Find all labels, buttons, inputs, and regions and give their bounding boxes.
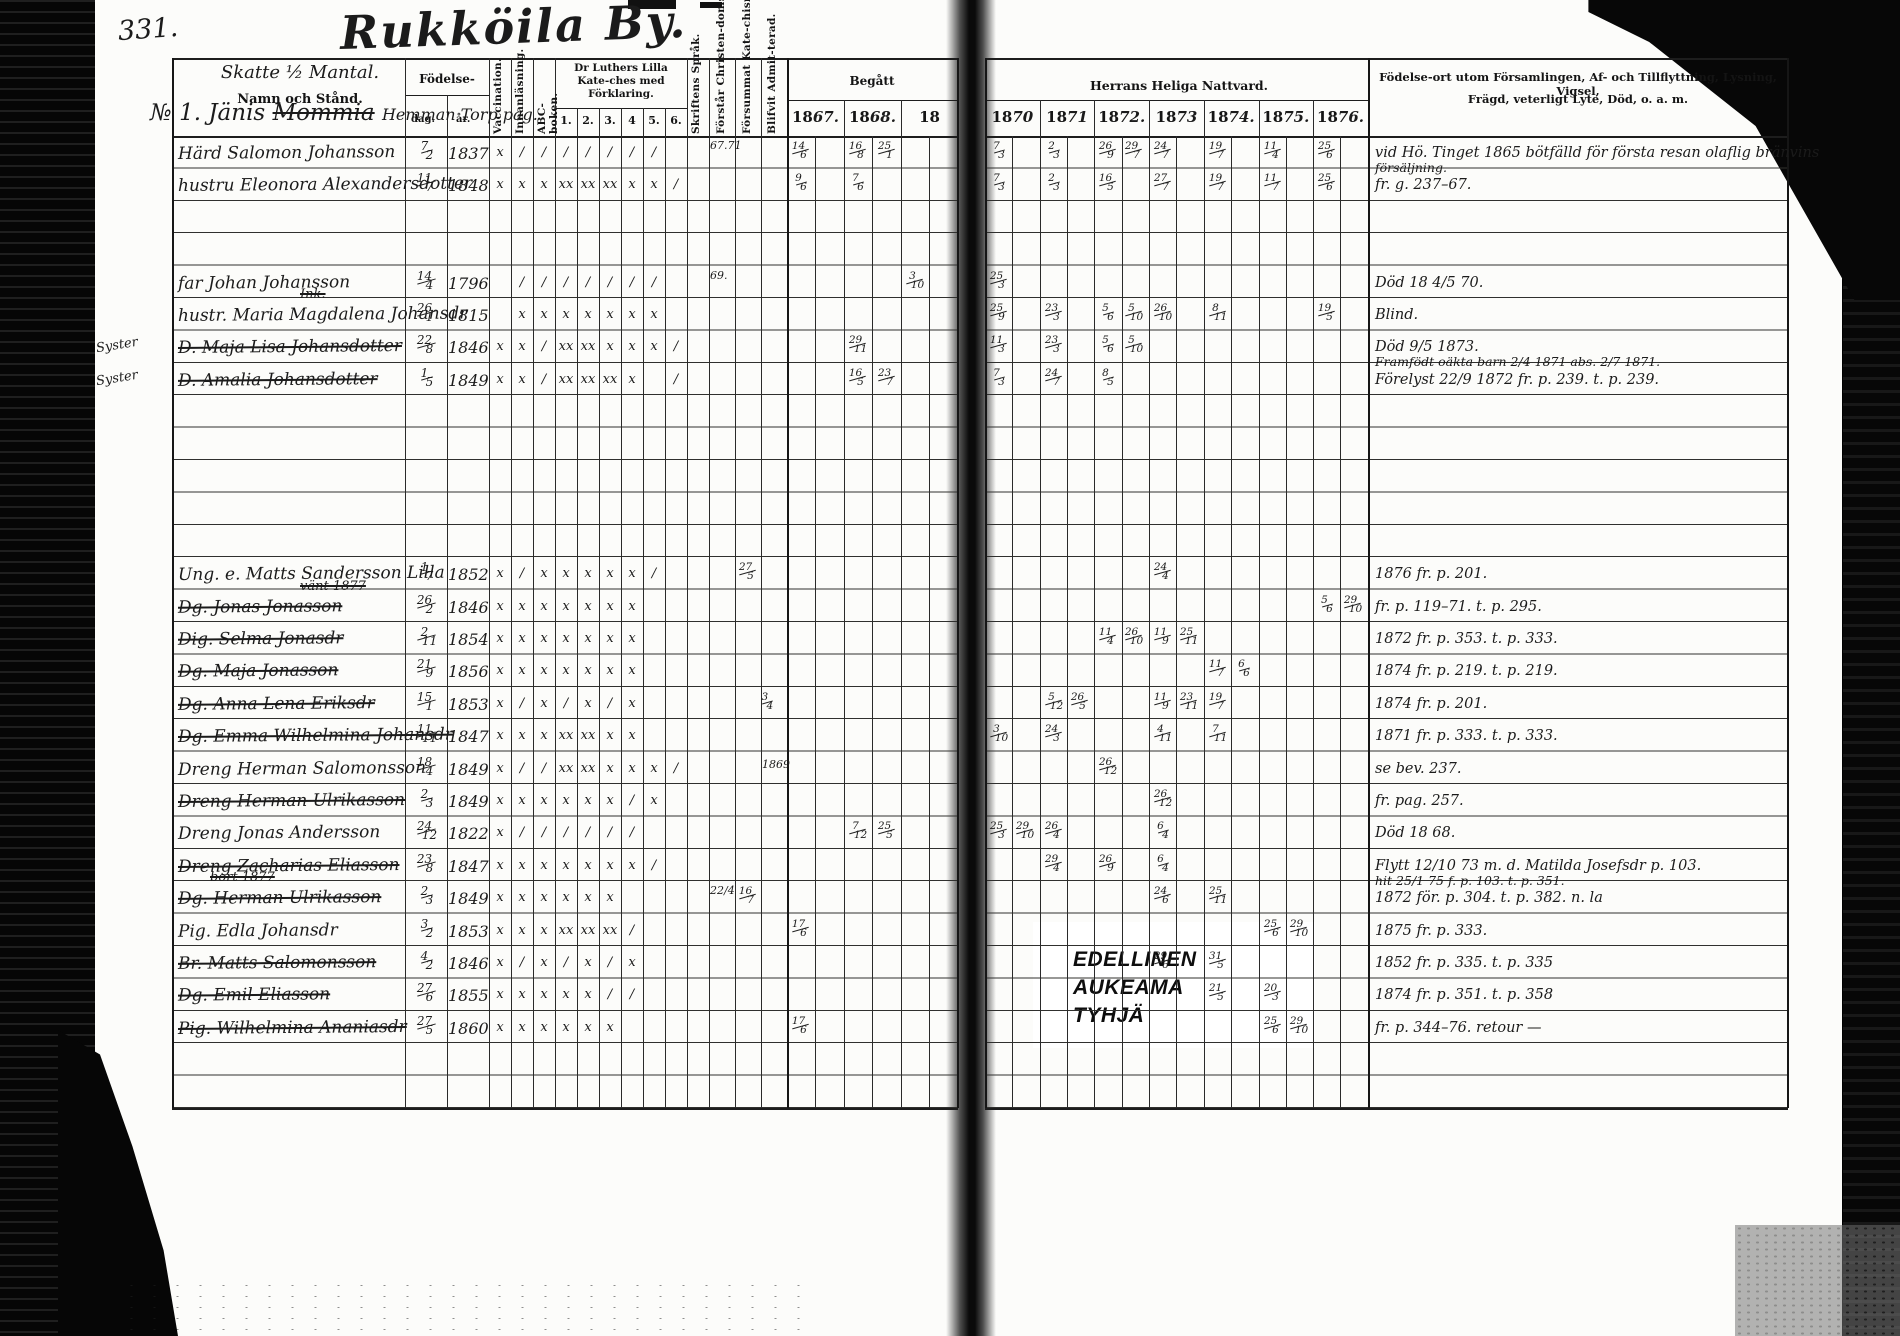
table-line-v [1176, 136, 1177, 1108]
row-forsummat-note: 167 [736, 887, 760, 907]
row-communion-date: 73 [987, 369, 1011, 389]
row-mark: x [533, 696, 555, 711]
row-communion-date: 176 [789, 920, 813, 940]
row-communion-date: 237 [875, 369, 899, 389]
row-mark: / [599, 145, 621, 160]
row-mark: x [533, 566, 555, 581]
table-row-name: hustr. Maria Magdalena Johansdr [178, 304, 404, 326]
row-mark: x [533, 987, 555, 1002]
row-note: Död 18 68. [1375, 825, 1455, 841]
table-line-v [1094, 100, 1095, 1108]
table-line-v [929, 136, 930, 1108]
row-communion-date: 711 [1206, 725, 1230, 745]
table-line-v [872, 136, 873, 1108]
katekes-sub-5: 6. [665, 114, 687, 127]
row-birth-day: 15 [412, 369, 442, 390]
row-birth-day: 151 [412, 693, 442, 714]
row-communion-date: 294 [1042, 855, 1066, 875]
row-mark: x [621, 307, 643, 322]
household-line: № 1. Jänis Mommia Hemman Torp pag. [150, 100, 538, 126]
row-communion-date: 244 [1151, 563, 1175, 583]
scan-bottom-right-noise [1735, 1225, 1900, 1336]
row-birth-day: 2412 [412, 822, 442, 843]
row-communion-date: 146 [789, 142, 813, 162]
row-communion-date: 114 [1096, 628, 1120, 648]
row-communion-date: 256 [1261, 1017, 1285, 1037]
row-birth-year: 1849 [448, 792, 489, 811]
header-katekes: Dr Luthers Lilla Kate-ches med Förklarin… [557, 62, 685, 101]
katekes-sub-0: 1. [555, 114, 577, 127]
row-birth-day: 219 [412, 660, 442, 681]
row-mark: / [533, 761, 555, 776]
table-line-v [1259, 100, 1260, 1108]
row-birth-day: 276 [412, 984, 442, 1005]
row-communion-date: 56 [1315, 596, 1339, 616]
row-mark: x [577, 566, 599, 581]
row-mark: x [621, 761, 643, 776]
row-communion-date: 256 [1315, 142, 1339, 162]
row-communion-date: 119 [1151, 693, 1175, 713]
row-forstar-note: 67.71 [710, 139, 742, 152]
row-communion-date: 269 [1096, 142, 1120, 162]
row-communion-date: 197 [1206, 174, 1230, 194]
table-row-name: Dreng Herman Salomonsson [178, 758, 404, 780]
row-mark: x [511, 631, 533, 646]
row-mark: / [577, 275, 599, 290]
row-mark: x [555, 793, 577, 808]
table-row-name: Pig. Edla Johansdr [178, 920, 338, 941]
row-mark: x [555, 599, 577, 614]
row-mark: x [489, 987, 511, 1002]
year-left-0: 1867. [787, 108, 844, 126]
year-right-6: 1876. [1313, 108, 1368, 126]
row-birth-day: 117 [412, 174, 442, 195]
row-communion-date: 119 [1151, 628, 1175, 648]
row-communion-date: 2910 [1013, 822, 1037, 842]
row-mark: x [643, 307, 665, 322]
row-note: fr. g. 237–67. [1375, 177, 1471, 193]
row-forsummat-note: 275 [736, 563, 760, 583]
row-birth-year: 1848 [448, 176, 489, 195]
row-mark: / [643, 858, 665, 873]
row-communion-date: 296 [1151, 952, 1175, 972]
row-communion-date: 2311 [1177, 693, 1201, 713]
row-mark: x [577, 696, 599, 711]
row-mark: x [489, 728, 511, 743]
row-mark: / [665, 177, 687, 192]
row-mark: x [511, 372, 533, 387]
row-communion-date: 233 [1042, 336, 1066, 356]
row-mark: xx [555, 372, 577, 387]
table-row-name: Dg. Jonas Jonasson [178, 596, 343, 617]
row-mark: x [489, 566, 511, 581]
row-mark: x [643, 761, 665, 776]
row-note-above: Ink. [300, 287, 326, 302]
table-row-name: Pig. Wilhelmina Ananiasdr [178, 1017, 404, 1039]
row-communion-date: 176 [789, 1017, 813, 1037]
row-birth-year: 1853 [448, 695, 489, 714]
row-note: Förelyst 22/9 1872 fr. p. 239. t. p. 239… [1375, 372, 1659, 388]
table-line-v [172, 58, 174, 1108]
row-mark: x [511, 728, 533, 743]
row-communion-date: 195 [1315, 304, 1339, 324]
row-communion-date: 2511 [1206, 887, 1230, 907]
table-line-v [844, 100, 845, 1108]
row-mark: x [489, 923, 511, 938]
row-mark: / [511, 275, 533, 290]
household-number-name: № 1. Jänis [150, 100, 265, 126]
row-mark: / [511, 566, 533, 581]
table-line-v [687, 58, 688, 1108]
row-mark: xx [577, 372, 599, 387]
table-line-h [172, 58, 958, 60]
row-communion-date: 165 [1096, 174, 1120, 194]
row-mark: x [533, 307, 555, 322]
year-left-1: 1868. [844, 108, 901, 126]
row-mark: x [511, 1020, 533, 1035]
row-mark: x [599, 599, 621, 614]
row-birth-day: 184 [412, 758, 442, 779]
row-birth-year: 1846 [448, 338, 489, 357]
row-mark: / [511, 825, 533, 840]
row-note: 1875 fr. p. 333. [1375, 923, 1487, 939]
row-communion-date: 269 [1096, 855, 1120, 875]
row-mark: / [599, 955, 621, 970]
row-mark: xx [599, 372, 621, 387]
row-communion-date: 2610 [1122, 628, 1146, 648]
year-right-0: 1870 [985, 108, 1040, 126]
row-mark: x [489, 890, 511, 905]
row-forstar-note: 69. [710, 269, 728, 282]
row-mark: x [621, 599, 643, 614]
row-mark: x [555, 566, 577, 581]
row-mark: x [489, 825, 511, 840]
table-line-v [985, 58, 987, 1108]
row-communion-date: 66 [1232, 660, 1256, 680]
row-birth-year: 1855 [448, 986, 489, 1005]
row-mark: x [511, 793, 533, 808]
row-mark: x [489, 858, 511, 873]
katekes-sub-1: 2. [577, 114, 599, 127]
table-line-v [1313, 100, 1314, 1108]
row-mark: x [511, 339, 533, 354]
row-note: Flytt 12/10 73 m. d. Matilda Josefsdr p.… [1375, 858, 1701, 874]
row-mark: / [621, 923, 643, 938]
table-line-v [1122, 136, 1123, 1108]
table-line-v [1067, 136, 1068, 1108]
row-mark: / [577, 825, 599, 840]
row-communion-date: 247 [1151, 142, 1175, 162]
row-note: Död 18 4/5 70. [1375, 275, 1483, 291]
year-right-2: 1872. [1094, 108, 1149, 126]
row-mark: / [665, 372, 687, 387]
row-birth-year: 1852 [448, 565, 489, 584]
table-row-name: Härd Salomon Johansson [178, 142, 395, 164]
row-communion-date: 73 [987, 174, 1011, 194]
row-note: se bev. 237. [1375, 761, 1461, 777]
row-mark: / [621, 793, 643, 808]
table-row-name: D. Amalia Johansdotter [178, 369, 378, 391]
table-row-name: Dg. Herman Ulrikasson [178, 887, 382, 909]
row-mark: x [577, 955, 599, 970]
row-mark: x [643, 177, 665, 192]
row-mark: x [599, 339, 621, 354]
header-col2-0: Skriftens Språk. [690, 60, 702, 134]
row-communion-date: 64 [1151, 822, 1175, 842]
table-line-h [172, 136, 958, 138]
row-communion-date: 73 [987, 142, 1011, 162]
row-mark: x [489, 663, 511, 678]
row-mark: x [533, 177, 555, 192]
row-mark: x [577, 307, 599, 322]
row-mark: x [599, 566, 621, 581]
table-line-v [901, 100, 902, 1108]
row-communion-date: 243 [1042, 725, 1066, 745]
row-mark: x [533, 923, 555, 938]
table-line-v [1787, 58, 1789, 1108]
row-communion-date: 277 [1151, 174, 1175, 194]
header-col2-2: Försummat Kate-chismförhören. [741, 60, 753, 134]
table-line-v [643, 108, 644, 1108]
row-mark: x [577, 663, 599, 678]
row-mark: x [621, 372, 643, 387]
row-birth-day: 261 [412, 304, 442, 325]
table-row-name: Dg. Maja Jonasson [178, 661, 339, 682]
row-birth-year: 1822 [448, 824, 489, 843]
row-mark: x [533, 1020, 555, 1035]
table-line-v [665, 108, 666, 1108]
row-communion-date: 512 [1042, 693, 1066, 713]
row-mark: xx [555, 923, 577, 938]
row-birth-year: 1837 [448, 144, 489, 163]
row-communion-date: 2612 [1096, 758, 1120, 778]
row-mark: x [577, 599, 599, 614]
row-birth-day: 23 [412, 790, 442, 811]
table-line-h [787, 100, 957, 101]
row-mark: / [643, 145, 665, 160]
row-note-2: hit 25/1 75 f. p. 103. t. p. 351. [1375, 873, 1565, 888]
table-line-v [761, 58, 762, 1108]
row-communion-date: 203 [1261, 984, 1285, 1004]
row-mark: / [599, 825, 621, 840]
row-communion-date: 114 [1261, 142, 1285, 162]
table-row-name: Dreng Jonas Andersson [178, 823, 380, 845]
row-mark: / [555, 955, 577, 970]
row-mark: / [533, 372, 555, 387]
row-communion-date: 2911 [846, 336, 870, 356]
row-communion-date: 117 [1261, 174, 1285, 194]
row-communion-date: 117 [1206, 660, 1230, 680]
row-communion-date: 76 [846, 174, 870, 194]
row-birth-day: 32 [412, 920, 442, 941]
row-communion-date: 265 [1068, 693, 1092, 713]
row-mark: x [599, 728, 621, 743]
row-communion-date: 247 [1042, 369, 1066, 389]
row-mark: x [511, 890, 533, 905]
row-birth-year: 1815 [448, 306, 489, 325]
row-note: fr. p. 119–71. t. p. 295. [1375, 599, 1542, 615]
row-mark: x [599, 793, 621, 808]
row-mark: x [577, 987, 599, 1002]
row-mark: / [665, 761, 687, 776]
header-nattvard: Herrans Heliga Nattvard. [990, 78, 1368, 93]
row-mark: x [489, 793, 511, 808]
row-note: 1852 fr. p. 335. t. p. 335 [1375, 955, 1553, 971]
row-mark: / [511, 955, 533, 970]
header-fodelse: Födelse- [405, 72, 489, 86]
row-communion-date: 168 [846, 142, 870, 162]
row-mark: x [599, 890, 621, 905]
row-mark: xx [577, 177, 599, 192]
row-mark: x [555, 890, 577, 905]
row-birth-year: 1849 [448, 371, 489, 390]
row-communion-date: 315 [1206, 952, 1230, 972]
row-communion-date: 2610 [1151, 304, 1175, 324]
row-mark: x [511, 987, 533, 1002]
row-mark: xx [577, 339, 599, 354]
table-line-h [985, 100, 1368, 101]
row-mark: / [555, 145, 577, 160]
row-mark: x [599, 307, 621, 322]
row-mark: x [511, 923, 533, 938]
table-row-name: Dig. Selma Jonasdr [178, 628, 344, 649]
table-line-h [985, 58, 1788, 60]
row-mark: xx [577, 923, 599, 938]
row-mark: x [555, 1020, 577, 1035]
row-birth-year: 1846 [448, 954, 489, 973]
table-line-v [1204, 100, 1205, 1108]
row-birth-day: 42 [412, 952, 442, 973]
row-communion-date: 96 [789, 174, 813, 194]
row-mark: x [489, 177, 511, 192]
row-mark: x [489, 372, 511, 387]
table-line-v [957, 58, 959, 1108]
row-mark: / [555, 696, 577, 711]
row-mark: x [643, 793, 665, 808]
table-line-v [555, 58, 556, 1108]
row-communion-date: 246 [1151, 887, 1175, 907]
row-communion-date: 251 [875, 142, 899, 162]
table-row-name: Ung. e. Matts Sandersson Lilla [178, 563, 404, 585]
row-mark: x [489, 955, 511, 970]
table-line-v [1149, 100, 1150, 1108]
table-line-v [1286, 136, 1287, 1108]
row-mark: / [599, 275, 621, 290]
row-communion-date: 259 [987, 304, 1011, 324]
row-mark: x [577, 1020, 599, 1035]
row-note: fr. p. 344–76. retour — [1375, 1020, 1541, 1036]
row-mark: xx [555, 339, 577, 354]
row-mark: / [577, 145, 599, 160]
row-blifvit-note: 1869 [762, 758, 790, 771]
row-mark: / [511, 696, 533, 711]
row-birth-year: 1846 [448, 598, 489, 617]
row-birth-day: 262 [412, 596, 442, 617]
row-birth-year: 1853 [448, 922, 489, 941]
row-mark: / [643, 566, 665, 581]
row-mark: / [555, 275, 577, 290]
row-mark: / [621, 145, 643, 160]
row-mark: / [599, 987, 621, 1002]
row-mark: x [533, 890, 555, 905]
row-mark: / [665, 339, 687, 354]
scan-bottom-speckles [120, 1280, 820, 1336]
row-mark: / [511, 145, 533, 160]
table-line-v [709, 58, 710, 1108]
row-birth-day: 17 [412, 563, 442, 584]
row-birth-day: 72 [412, 142, 442, 163]
row-birth-day: 1111 [412, 725, 442, 746]
header-skatte-mantal: Skatte ½ Mantal. [200, 62, 400, 83]
row-blifvit-note: 34 [762, 693, 773, 712]
row-mark: x [555, 663, 577, 678]
row-mark: x [489, 339, 511, 354]
row-mark: / [533, 275, 555, 290]
row-mark: x [533, 631, 555, 646]
row-mark: / [533, 825, 555, 840]
row-forstar-note: 22/4 [710, 884, 735, 897]
row-mark: x [489, 1020, 511, 1035]
row-communion-date: 56 [1096, 336, 1120, 356]
row-mark: x [599, 1020, 621, 1035]
row-communion-date: 310 [903, 272, 927, 292]
row-communion-date: 253 [987, 822, 1011, 842]
row-mark: x [621, 858, 643, 873]
row-birth-year: 1849 [448, 760, 489, 779]
row-note: vid Hö. Tinget 1865 bötfälld för första … [1375, 145, 1780, 161]
katekes-sub-2: 3. [599, 114, 621, 127]
row-communion-date: 197 [1206, 142, 1230, 162]
row-mark: x [489, 696, 511, 711]
household-rest: Hemman Torp pag. [382, 105, 538, 124]
row-mark: x [533, 858, 555, 873]
table-line-v [533, 58, 534, 1108]
table-row-name: Br. Matts Salomonsson [178, 952, 376, 974]
row-note: 1874 fr. p. 201. [1375, 696, 1487, 712]
table-row-name: hustru Eleonora Alexandersdotter [178, 174, 404, 196]
row-mark: x [555, 858, 577, 873]
table-line-v [1231, 136, 1232, 1108]
table-line-h [985, 1108, 1788, 1110]
row-birth-day: 23 [412, 887, 442, 908]
row-note: fr. pag. 257. [1375, 793, 1464, 809]
row-communion-date: 264 [1042, 822, 1066, 842]
row-communion-date: 2910 [1341, 596, 1365, 616]
table-row-name: Dg. Anna Lena Eriksdr [178, 693, 375, 715]
row-communion-date: 215 [1206, 984, 1230, 1004]
row-mark: x [511, 663, 533, 678]
row-note-2: Framfödt oäkta barn 2/4 1871 abs. 2/7 18… [1375, 354, 1660, 369]
year-right-5: 1875. [1259, 108, 1314, 126]
row-mark: xx [555, 761, 577, 776]
table-line-v [511, 58, 512, 1108]
header-notes-line2: Frägd, veterligt Lyte, Död, o. a. m. [1372, 92, 1784, 106]
row-mark: / [643, 275, 665, 290]
row-mark: x [599, 631, 621, 646]
table-row-name: Dg. Emil Eliasson [178, 985, 330, 1006]
row-mark: x [555, 631, 577, 646]
row-mark: x [577, 631, 599, 646]
row-note: Död 9/5 1873. [1375, 339, 1479, 355]
row-note: 1874 fr. p. 351. t. p. 358 [1375, 987, 1553, 1003]
row-birth-day: 228 [412, 336, 442, 357]
row-communion-date: 85 [1096, 369, 1120, 389]
row-communion-date: 23 [1042, 142, 1066, 162]
row-note: 1872 fr. p. 353. t. p. 333. [1375, 631, 1558, 647]
row-mark: x [599, 761, 621, 776]
row-mark: x [621, 339, 643, 354]
row-communion-date: 256 [1261, 920, 1285, 940]
